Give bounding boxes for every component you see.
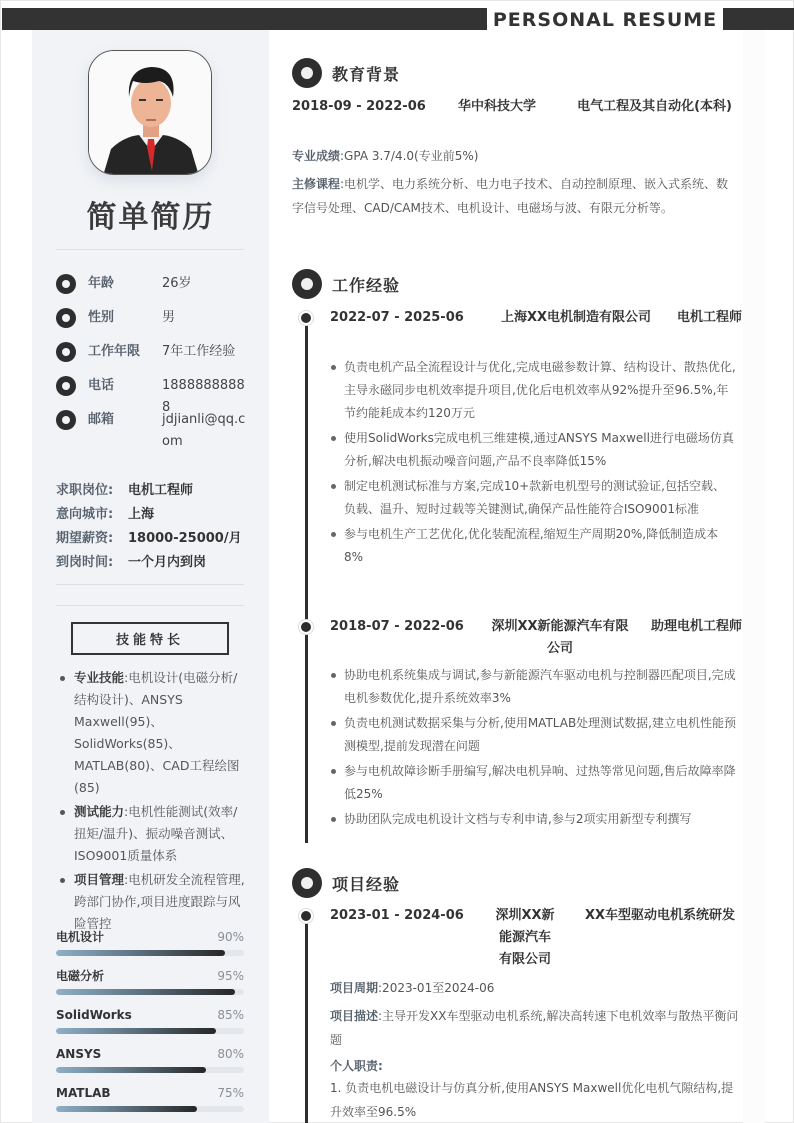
- skill-point: 测试能力:电机性能测试(效率/扭矩/温升)、振动噪音测试、ISO9001质量体系: [56, 801, 246, 867]
- bar-track: [56, 1106, 244, 1112]
- bar-fill: [56, 1106, 197, 1112]
- timeline-line: [305, 917, 308, 1123]
- intent-row: 期望薪资:18000-25000/月: [56, 527, 256, 551]
- skill-bar: ANSYS80%: [56, 1045, 244, 1084]
- info-age: 年龄 26岁: [56, 273, 256, 307]
- skill-bar: 电磁分析95%: [56, 967, 244, 1006]
- bar-name: SolidWorks: [56, 1006, 132, 1024]
- job-row: 2022-07 - 2025-06 上海XX电机制造有限公司 电机工程师: [330, 307, 742, 329]
- timeline-dot-icon: [299, 311, 313, 325]
- project-row: 2023-01 - 2024-06 深圳XX新能源汽车有限公司 XX车型驱动电机…: [330, 905, 735, 971]
- section-title: 项目经验: [332, 872, 400, 895]
- info-label: 电话: [88, 375, 162, 397]
- timeline-line: [305, 319, 308, 843]
- bar-name: MATLAB: [56, 1084, 111, 1102]
- personal-info-list: 年龄 26岁 性别 男 工作年限 7年工作经验 电话 18888888888 邮…: [56, 273, 256, 465]
- section-ring-icon: [292, 58, 322, 88]
- skill-point: 专业技能:电机设计(电磁分析/结构设计)、ANSYS Maxwell(95)、S…: [56, 667, 246, 799]
- timeline-dot-icon: [299, 620, 313, 634]
- skill-text: :电机设计(电磁分析/结构设计)、ANSYS Maxwell(95)、Solid…: [74, 670, 239, 795]
- project-duty: 1. 负责电机电磁设计与仿真分析,使用ANSYS Maxwell优化电机气隙结构…: [330, 1076, 740, 1123]
- divider: [56, 605, 244, 606]
- divider: [56, 584, 244, 585]
- ring-icon: [56, 410, 76, 430]
- bar-fill: [56, 989, 235, 995]
- project-desc: 项目描述:主导开发XX车型驱动电机系统,解决高转速下电机效率与散热平衡问题: [330, 1004, 740, 1052]
- project-period: 项目周期:2023-01至2024-06: [330, 976, 740, 1000]
- bar-track: [56, 989, 244, 995]
- info-phone: 电话 18888888888: [56, 375, 256, 409]
- skill-bar: MATLAB75%: [56, 1084, 244, 1123]
- info-experience: 工作年限 7年工作经验: [56, 341, 256, 375]
- job-bullet: 协助电机系统集成与调试,参与新能源汽车驱动电机与控制器匹配项目,完成电机参数优化…: [326, 664, 736, 710]
- intent-label: 求职岗位:: [56, 479, 128, 503]
- job-bullets: 协助电机系统集成与调试,参与新能源汽车驱动电机与控制器匹配项目,完成电机参数优化…: [326, 664, 736, 833]
- intent-value: 18000-25000/月: [128, 527, 242, 551]
- job-bullet: 负责电机测试数据采集与分析,使用MATLAB处理测试数据,建立电机性能预测模型,…: [326, 712, 736, 758]
- intent-row: 求职岗位:电机工程师: [56, 479, 256, 503]
- skill-points: 专业技能:电机设计(电磁分析/结构设计)、ANSYS Maxwell(95)、S…: [56, 667, 246, 937]
- bar-percent: 75%: [217, 1084, 244, 1102]
- avatar: [88, 50, 212, 175]
- bar-track: [56, 1067, 244, 1073]
- bar-fill: [56, 1028, 216, 1034]
- project-date: 2023-01 - 2024-06: [330, 905, 490, 971]
- desc-value: :主导开发XX车型驱动电机系统,解决高转速下电机效率与散热平衡问题: [330, 1009, 738, 1047]
- edu-school: 华中科技大学: [452, 96, 542, 118]
- project-name: XX车型驱动电机系统研发: [555, 905, 735, 971]
- period-label: 项目周期: [330, 981, 378, 995]
- sidebar: 简单简历 年龄 26岁 性别 男 工作年限 7年工作经验 电话 18888888: [32, 30, 269, 1123]
- skill-bar: 电机设计90%: [56, 928, 244, 967]
- ring-icon: [56, 274, 76, 294]
- section-work-header: 工作经验: [292, 269, 400, 299]
- edu-major: 电气工程及其自动化(本科): [542, 96, 732, 118]
- desc-label: 项目描述: [330, 1009, 378, 1023]
- info-gender: 性别 男: [56, 307, 256, 341]
- courses-label: 主修课程: [292, 177, 340, 191]
- skill-key: 项目管理: [74, 872, 124, 887]
- job-role: 助理电机工程师: [630, 616, 742, 660]
- ring-icon: [56, 376, 76, 396]
- intent-value: 电机工程师: [128, 479, 193, 503]
- job-date: 2018-07 - 2022-06: [330, 616, 490, 660]
- avatar-portrait-icon: [89, 51, 212, 175]
- project-company: 深圳XX新能源汽车有限公司: [495, 905, 555, 971]
- info-label: 工作年限: [88, 341, 162, 363]
- period-value: :2023-01至2024-06: [378, 981, 494, 995]
- edu-date: 2018-09 - 2022-06: [292, 96, 452, 118]
- gpa-value: :GPA 3.7/4.0(专业前5%): [340, 149, 478, 163]
- job-bullet: 协助团队完成电机设计文档与专利申请,参与2项实用新型专利撰写: [326, 808, 736, 831]
- info-label: 邮箱: [88, 409, 162, 431]
- bar-percent: 80%: [217, 1045, 244, 1063]
- intent-row: 到岗时间:一个月内到岗: [56, 551, 256, 575]
- intent-label: 意向城市:: [56, 503, 128, 527]
- edu-gpa: 专业成绩:GPA 3.7/4.0(专业前5%): [292, 144, 737, 168]
- skill-point: 项目管理:电机研发全流程管理,跨部门协作,项目进度跟踪与风险管控: [56, 869, 246, 935]
- resume-name: 简单简历: [32, 192, 269, 236]
- info-value[interactable]: jdjianli@qq.com: [162, 409, 246, 453]
- info-value: 7年工作经验: [162, 341, 246, 363]
- section-title: 教育背景: [332, 62, 400, 85]
- job-company: 上海XX电机制造有限公司: [490, 307, 662, 329]
- job-row: 2018-07 - 2022-06 深圳XX新能源汽车有限公司 助理电机工程师: [330, 616, 742, 660]
- section-education-header: 教育背景: [292, 58, 400, 88]
- info-label: 年龄: [88, 273, 162, 295]
- bar-fill: [56, 950, 225, 956]
- intent-label: 期望薪资:: [56, 527, 128, 551]
- ring-icon: [56, 342, 76, 362]
- bar-name: ANSYS: [56, 1045, 101, 1063]
- job-company: 深圳XX新能源汽车有限公司: [490, 616, 630, 660]
- job-bullet: 参与电机故障诊断手册编写,解决电机异响、过热等常见问题,售后故障率降低25%: [326, 760, 736, 806]
- ring-icon: [56, 308, 76, 328]
- section-project-header: 项目经验: [292, 868, 400, 898]
- intent-value: 上海: [128, 503, 154, 527]
- intent-row: 意向城市:上海: [56, 503, 256, 527]
- section-ring-icon: [292, 868, 322, 898]
- bar-track: [56, 1028, 244, 1034]
- bar-name: 电机设计: [56, 928, 104, 946]
- job-role: 电机工程师: [662, 307, 742, 329]
- skill-bars: 电机设计90% 电磁分析95% SolidWorks85% ANSYS80% M…: [56, 928, 244, 1123]
- info-email: 邮箱 jdjianli@qq.com: [56, 409, 256, 465]
- bar-percent: 95%: [217, 967, 244, 985]
- edu-courses: 主修课程:电机学、电力系统分析、电力电子技术、自动控制原理、嵌入式系统、数字信号…: [292, 172, 737, 220]
- bar-percent: 90%: [217, 928, 244, 946]
- intent-label: 到岗时间:: [56, 551, 128, 575]
- job-bullets: 负责电机产品全流程设计与优化,完成电磁参数计算、结构设计、散热优化,主导永磁同步…: [326, 356, 736, 571]
- section-title: 工作经验: [332, 273, 400, 296]
- info-value: 26岁: [162, 273, 246, 295]
- skill-key: 测试能力: [74, 804, 124, 819]
- info-value: 男: [162, 307, 246, 329]
- skill-key: 专业技能: [74, 670, 124, 685]
- resume-page: PERSONAL RESUME 简单简历 年龄 26岁: [0, 0, 794, 1123]
- timeline-dot-icon: [299, 909, 313, 923]
- info-label: 性别: [88, 307, 162, 329]
- duty-label: 个人职责:: [330, 1059, 383, 1073]
- education-row: 2018-09 - 2022-06 华中科技大学 电气工程及其自动化(本科): [292, 96, 732, 118]
- job-bullet: 制定电机测试标准与方案,完成10+款新电机型号的测试验证,包括空载、负载、温升、…: [326, 475, 736, 521]
- job-intent: 求职岗位:电机工程师 意向城市:上海 期望薪资:18000-25000/月 到岗…: [56, 479, 256, 575]
- bar-name: 电磁分析: [56, 967, 104, 985]
- courses-value: :电机学、电力系统分析、电力电子技术、自动控制原理、嵌入式系统、数字信号处理、C…: [292, 177, 728, 215]
- divider: [56, 249, 244, 250]
- skills-heading: 技能特长: [71, 622, 229, 655]
- job-bullet: 负责电机产品全流程设计与优化,完成电磁参数计算、结构设计、散热优化,主导永磁同步…: [326, 356, 736, 425]
- intent-value: 一个月内到岗: [128, 551, 206, 575]
- right-margin: [743, 30, 765, 1123]
- bar-fill: [56, 1067, 206, 1073]
- resume-title: PERSONAL RESUME: [487, 4, 723, 36]
- bar-track: [56, 950, 244, 956]
- job-bullet: 使用SolidWorks完成电机三维建模,通过ANSYS Maxwell进行电磁…: [326, 427, 736, 473]
- section-ring-icon: [292, 269, 322, 299]
- bar-percent: 85%: [217, 1006, 244, 1024]
- project-duty-label: 个人职责:: [330, 1054, 740, 1078]
- gpa-label: 专业成绩: [292, 149, 340, 163]
- skill-bar: SolidWorks85%: [56, 1006, 244, 1045]
- job-bullet: 参与电机生产工艺优化,优化装配流程,缩短生产周期20%,降低制造成本8%: [326, 523, 736, 569]
- job-date: 2022-07 - 2025-06: [330, 307, 490, 329]
